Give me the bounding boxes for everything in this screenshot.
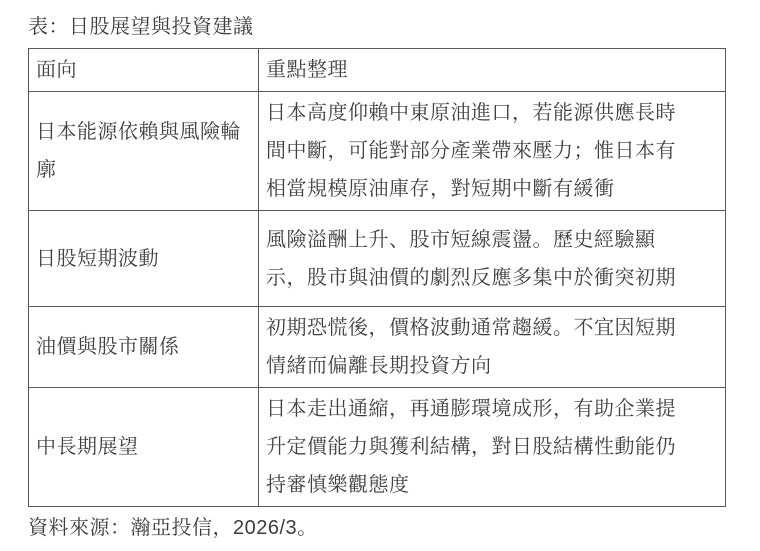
- summary-cell: 日本高度仰賴中東原油進口，若能源供應長時 間中斷，可能對部分產業帶來壓力；惟日本…: [259, 92, 726, 211]
- summary-cell: 初期恐慌後，價格波動通常趨緩。不宜因短期 情緒而偏離長期投資方向: [259, 307, 726, 388]
- table-row: 中長期展望 日本走出通縮，再通膨環境成形，有助企業提 升定價能力與獲利結構，對日…: [29, 388, 726, 507]
- summary-cell: 風險溢酬上升、股市短線震盪。歷史經驗顯 示，股市與油價的劇烈反應多集中於衝突初期: [259, 211, 726, 307]
- aspect-cell: 油價與股市關係: [29, 307, 259, 388]
- source-note: 資料來源：瀚亞投信，2026/3。: [28, 514, 740, 542]
- aspect-cell: 中長期展望: [29, 388, 259, 507]
- aspect-cell: 日本能源依賴與風險輪 廓: [29, 92, 259, 211]
- table-row: 日本能源依賴與風險輪 廓 日本高度仰賴中東原油進口，若能源供應長時 間中斷，可能…: [29, 92, 726, 211]
- table-header-row: 面向 重點整理: [29, 49, 726, 92]
- outlook-table: 面向 重點整理 日本能源依賴與風險輪 廓 日本高度仰賴中東原油進口，若能源供應長…: [28, 48, 726, 507]
- table-caption: 表：日股展望與投資建議: [28, 14, 740, 40]
- header-cell-aspect: 面向: [29, 49, 259, 92]
- header-cell-summary: 重點整理: [259, 49, 726, 92]
- table-row: 日股短期波動 風險溢酬上升、股市短線震盪。歷史經驗顯 示，股市與油價的劇烈反應多…: [29, 211, 726, 307]
- summary-cell: 日本走出通縮，再通膨環境成形，有助企業提 升定價能力與獲利結構，對日股結構性動能…: [259, 388, 726, 507]
- table-row: 油價與股市關係 初期恐慌後，價格波動通常趨緩。不宜因短期 情緒而偏離長期投資方向: [29, 307, 726, 388]
- aspect-cell: 日股短期波動: [29, 211, 259, 307]
- article-body: 表：日股展望與投資建議 面向 重點整理 日本能源依賴與風險輪 廓 日本高度仰賴中…: [0, 0, 760, 542]
